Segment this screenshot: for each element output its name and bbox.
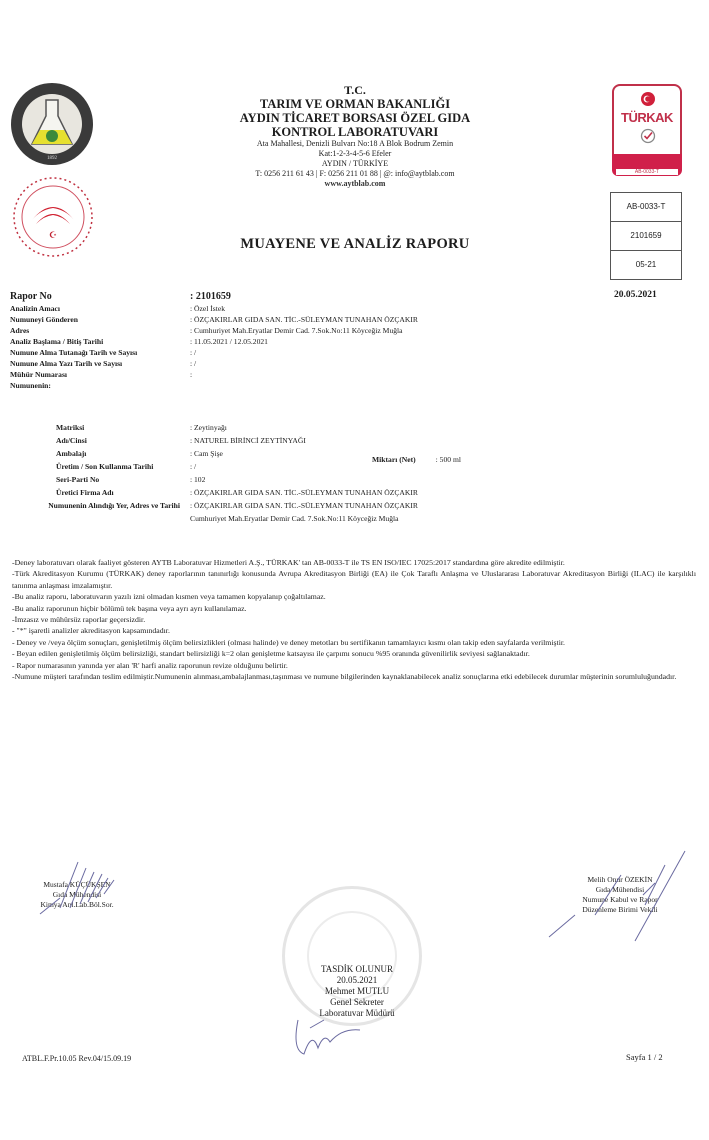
info-row-address: Adres: Cumhuriyet Mah.Eryatlar Demir Cad… [10,325,570,336]
quantity: Miktarı (Net): 500 ml [372,455,461,464]
note: -Bu analiz raporunun hiçbir bölümü tek b… [12,603,696,614]
note: -Numune müşteri tarafından teslim edilmi… [12,671,696,682]
info-row-sampling-letter: Numune Alma Yazı Tarih ve Sayısı: / [10,358,570,369]
report-info: Rapor No: 2101659 Analizin Amacı: Özel İ… [10,290,570,391]
quantity-label: Miktarı (Net) [372,455,416,464]
info-row-sample-header: Numunenin: [10,380,570,391]
sample-row-production-date: Üretim / Son Kullanma Tarihi: / [10,461,570,474]
header-address-2: Kat:1-2-3-4-5-6 Efeler [150,149,560,159]
sample-row-matrix: Matriksi: Zeytinyağı [10,422,570,435]
form-code: ATBL.F.Pr.10.05 Rev.04/15.09.19 [22,1054,131,1063]
note: - "*" işaretli analizler akreditasyon ka… [12,625,696,636]
turkak-accreditation-logo: TÜRKAK AB-0033-T [612,84,682,176]
header-lab-line1: AYDIN TİCARET BORSASI ÖZEL GIDA [150,111,560,125]
note: - Beyan edilen genişletilmiş ölçüm belir… [12,648,696,659]
ministry-emblem-icon: ☪ [12,176,94,258]
sample-row-packaging: Ambalajı: Cam Şişe [10,448,570,461]
check-circle-icon [640,128,656,144]
note: -İmzasız ve mühürsüz raporlar geçersizdi… [12,614,696,625]
lab-seal-icon: 1892 [10,82,94,166]
note: -Türk Akreditasyon Kurumu (TÜRKAK) deney… [12,568,696,591]
header-website[interactable]: www.aytblab.com [150,179,560,189]
accreditation-report-no: 2101659 [611,222,681,251]
info-row-purpose: Analizin Amacı: Özel İstek [10,303,570,314]
header-address-1: Ata Mahallesi, Denizli Bulvarı No:18 A B… [150,139,560,149]
turkish-flag-icon [641,92,655,106]
signature-scribble-right [545,845,695,945]
note: - Deney ve /veya ölçüm sonuçları, genişl… [12,637,696,648]
header-address-3: AYDIN / TÜRKİYE [150,159,560,169]
sample-row-producer: Üretici Firma Adı: ÖZÇAKIRLAR GIDA SAN. … [10,487,570,500]
signature-scribble-center [290,1010,410,1060]
svg-text:☪: ☪ [49,231,57,241]
report-notes: -Deney laboratuvarı olarak faaliyet göst… [12,557,696,682]
sample-details: Matriksi: Zeytinyağı Adı/Cinsi: NATUREL … [10,422,570,526]
lab-header: T.C. TARIM VE ORMAN BAKANLIĞI AYDIN TİCA… [150,84,560,189]
info-row-sender: Numuneyi Gönderen: ÖZÇAKIRLAR GIDA SAN. … [10,314,570,325]
accreditation-code: AB-0033-T [611,193,681,222]
accreditation-box: AB-0033-T 2101659 05-21 [610,192,682,280]
signature-scribble-left [30,858,130,918]
header-tc: T.C. [150,84,560,97]
report-date: 20.05.2021 [614,290,657,300]
quantity-value: : 500 ml [436,455,461,464]
approval-label: TASDİK OLUNUR [282,964,432,975]
approval-date: 20.05.2021 [282,975,432,986]
approver-name: Mehmet MUTLU [282,986,432,997]
turkak-band: AB-0033-T [612,154,682,176]
svg-text:1892: 1892 [47,156,58,161]
sample-row-name: Adı/Cinsi: NATUREL BİRİNCİ ZEYTİNYAĞI [10,435,570,448]
info-row-analysis-dates: Analiz Başlama / Bitiş Tarihi: 11.05.202… [10,336,570,347]
turkak-wordmark: TÜRKAK [614,110,680,125]
page-number: Sayfa 1 / 2 [626,1052,663,1062]
info-row-sampling-record: Numune Alma Tutanağı Tarih ve Sayısı: / [10,347,570,358]
info-row-report-no: Rapor No: 2101659 [10,290,570,303]
note: -Bu analiz raporu, laboratuvarın yazılı … [12,591,696,602]
header-lab-line2: KONTROL LABORATUVARI [150,125,560,139]
note: -Deney laboratuvarı olarak faaliyet göst… [12,557,696,568]
turkak-badge-code: AB-0033-T [616,169,678,175]
sample-row-collected-from: Numunenin Alındığı Yer, Adres ve Tarihi:… [10,500,570,513]
accreditation-period: 05-21 [611,251,681,279]
note: - Rapor numarasının yanında yer alan 'R'… [12,660,696,671]
report-title: MUAYENE VE ANALİZ RAPORU [150,236,560,253]
info-row-seal-number: Mühür Numarası: [10,369,570,380]
sample-row-batch: Seri-Parti No: 102 [10,474,570,487]
approver-title: Genel Sekreter [282,997,432,1008]
sample-row-collected-address: Cumhuriyet Mah.Eryatlar Demir Cad. 7.Sok… [10,513,570,526]
header-ministry: TARIM VE ORMAN BAKANLIĞI [150,97,560,111]
header-contact: T: 0256 211 61 43 | F: 0256 211 01 88 | … [150,169,560,179]
